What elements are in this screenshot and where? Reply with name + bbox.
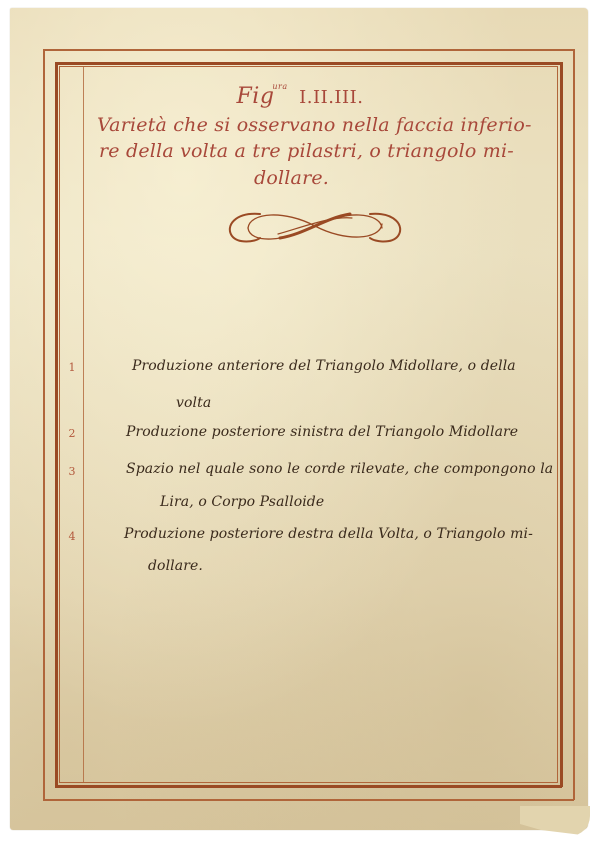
inner-frame-thick-top [55, 62, 562, 65]
legend-text-line: Produzione anteriore del Triangolo Midol… [132, 358, 516, 374]
inner-frame-thin-left [59, 66, 60, 783]
subtitle-line-3: dollare. [254, 167, 329, 189]
legend-text-line: Produzione posteriore sinistra del Trian… [126, 424, 518, 440]
legend-number: 3 [62, 465, 82, 478]
legend-text-line: Produzione posteriore destra della Volta… [124, 526, 533, 542]
outer-frame-right [573, 49, 575, 800]
figure-label: Fig [237, 84, 275, 109]
outer-frame-bottom [43, 799, 574, 801]
legend-number: 1 [62, 361, 82, 374]
legend-number: 4 [62, 530, 82, 543]
inner-frame-thick-bottom [55, 785, 562, 788]
inner-frame-thick-left [55, 62, 58, 787]
inner-frame-thick-right [560, 62, 563, 787]
subtitle-line-2: re della volta a tre pilastri, o triango… [99, 140, 514, 162]
outer-frame-left [43, 49, 45, 800]
figure-title: Figura I.II.III. [0, 82, 600, 109]
subtitle-line-1: Varietà che si osservano nella faccia in… [97, 114, 532, 136]
figure-numbers: I.II.III. [299, 87, 363, 108]
legend-text-line: Lira, o Corpo Psalloide [160, 494, 324, 510]
legend-text-line: Spazio nel quale sono le corde rilevate,… [126, 461, 553, 477]
legend-text-line: volta [176, 395, 211, 411]
figure-superscript: ura [272, 82, 287, 91]
legend-text-line: dollare. [148, 558, 203, 574]
inner-frame-thin-bottom [59, 782, 558, 783]
margin-column-rule [83, 66, 84, 783]
inner-frame-thin-top [59, 66, 558, 67]
outer-frame-top [43, 49, 574, 51]
inner-frame-thin-right [557, 66, 558, 783]
legend-number: 2 [62, 427, 82, 440]
calligraphic-flourish-icon [220, 204, 410, 248]
